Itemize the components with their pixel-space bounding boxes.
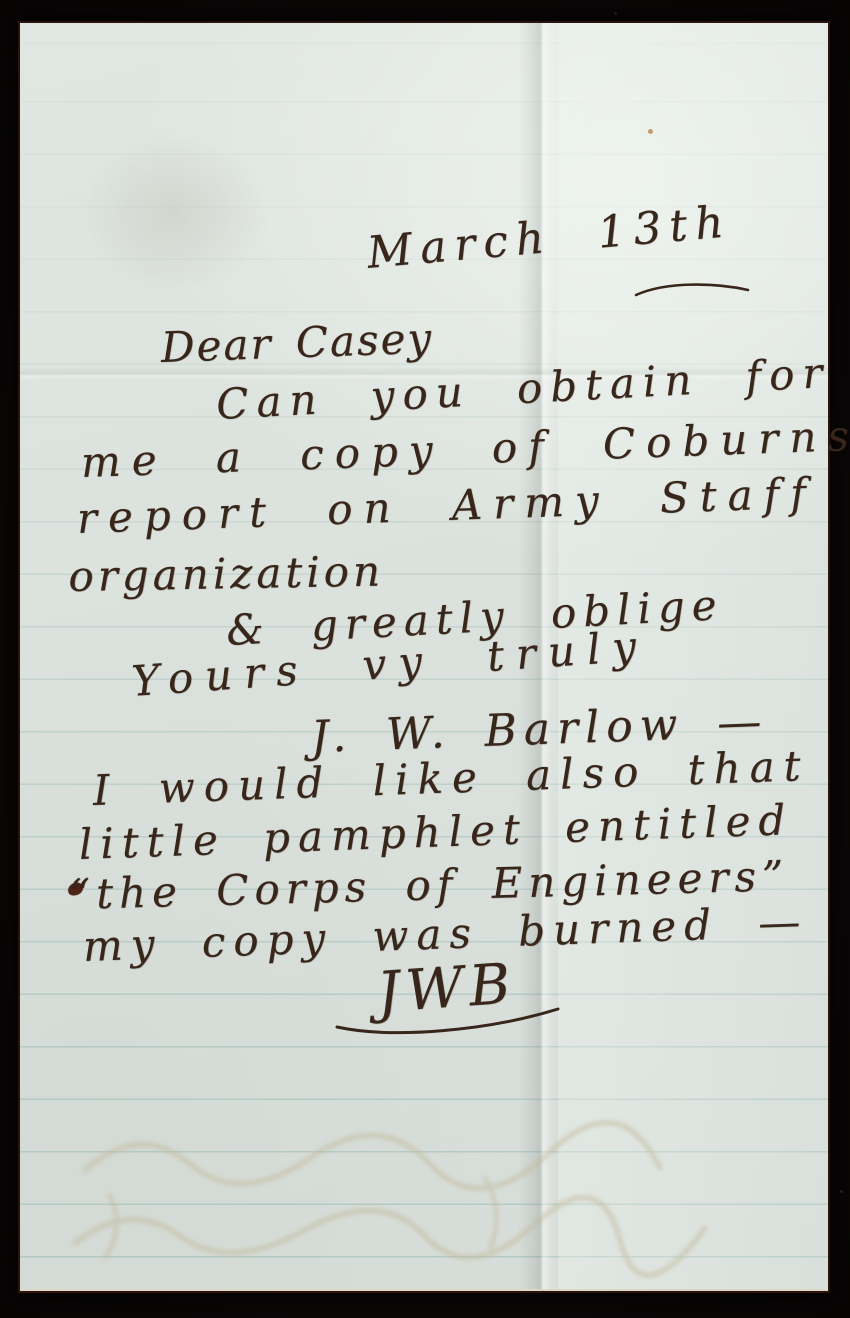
- body-line-4: organization: [68, 546, 384, 601]
- foxing-speck: [648, 129, 653, 134]
- salutation: Dear Casey: [160, 313, 434, 371]
- dust-speck: [840, 1190, 843, 1193]
- paper-stain: [80, 133, 270, 293]
- date-underline-flourish: [632, 275, 752, 301]
- letter-page: March 13th Dear Casey Can you obtain for…: [20, 23, 828, 1291]
- ink-bleedthrough-marks: [55, 1108, 715, 1293]
- dust-speck: [614, 12, 617, 15]
- initials-underline-flourish: [332, 1003, 567, 1045]
